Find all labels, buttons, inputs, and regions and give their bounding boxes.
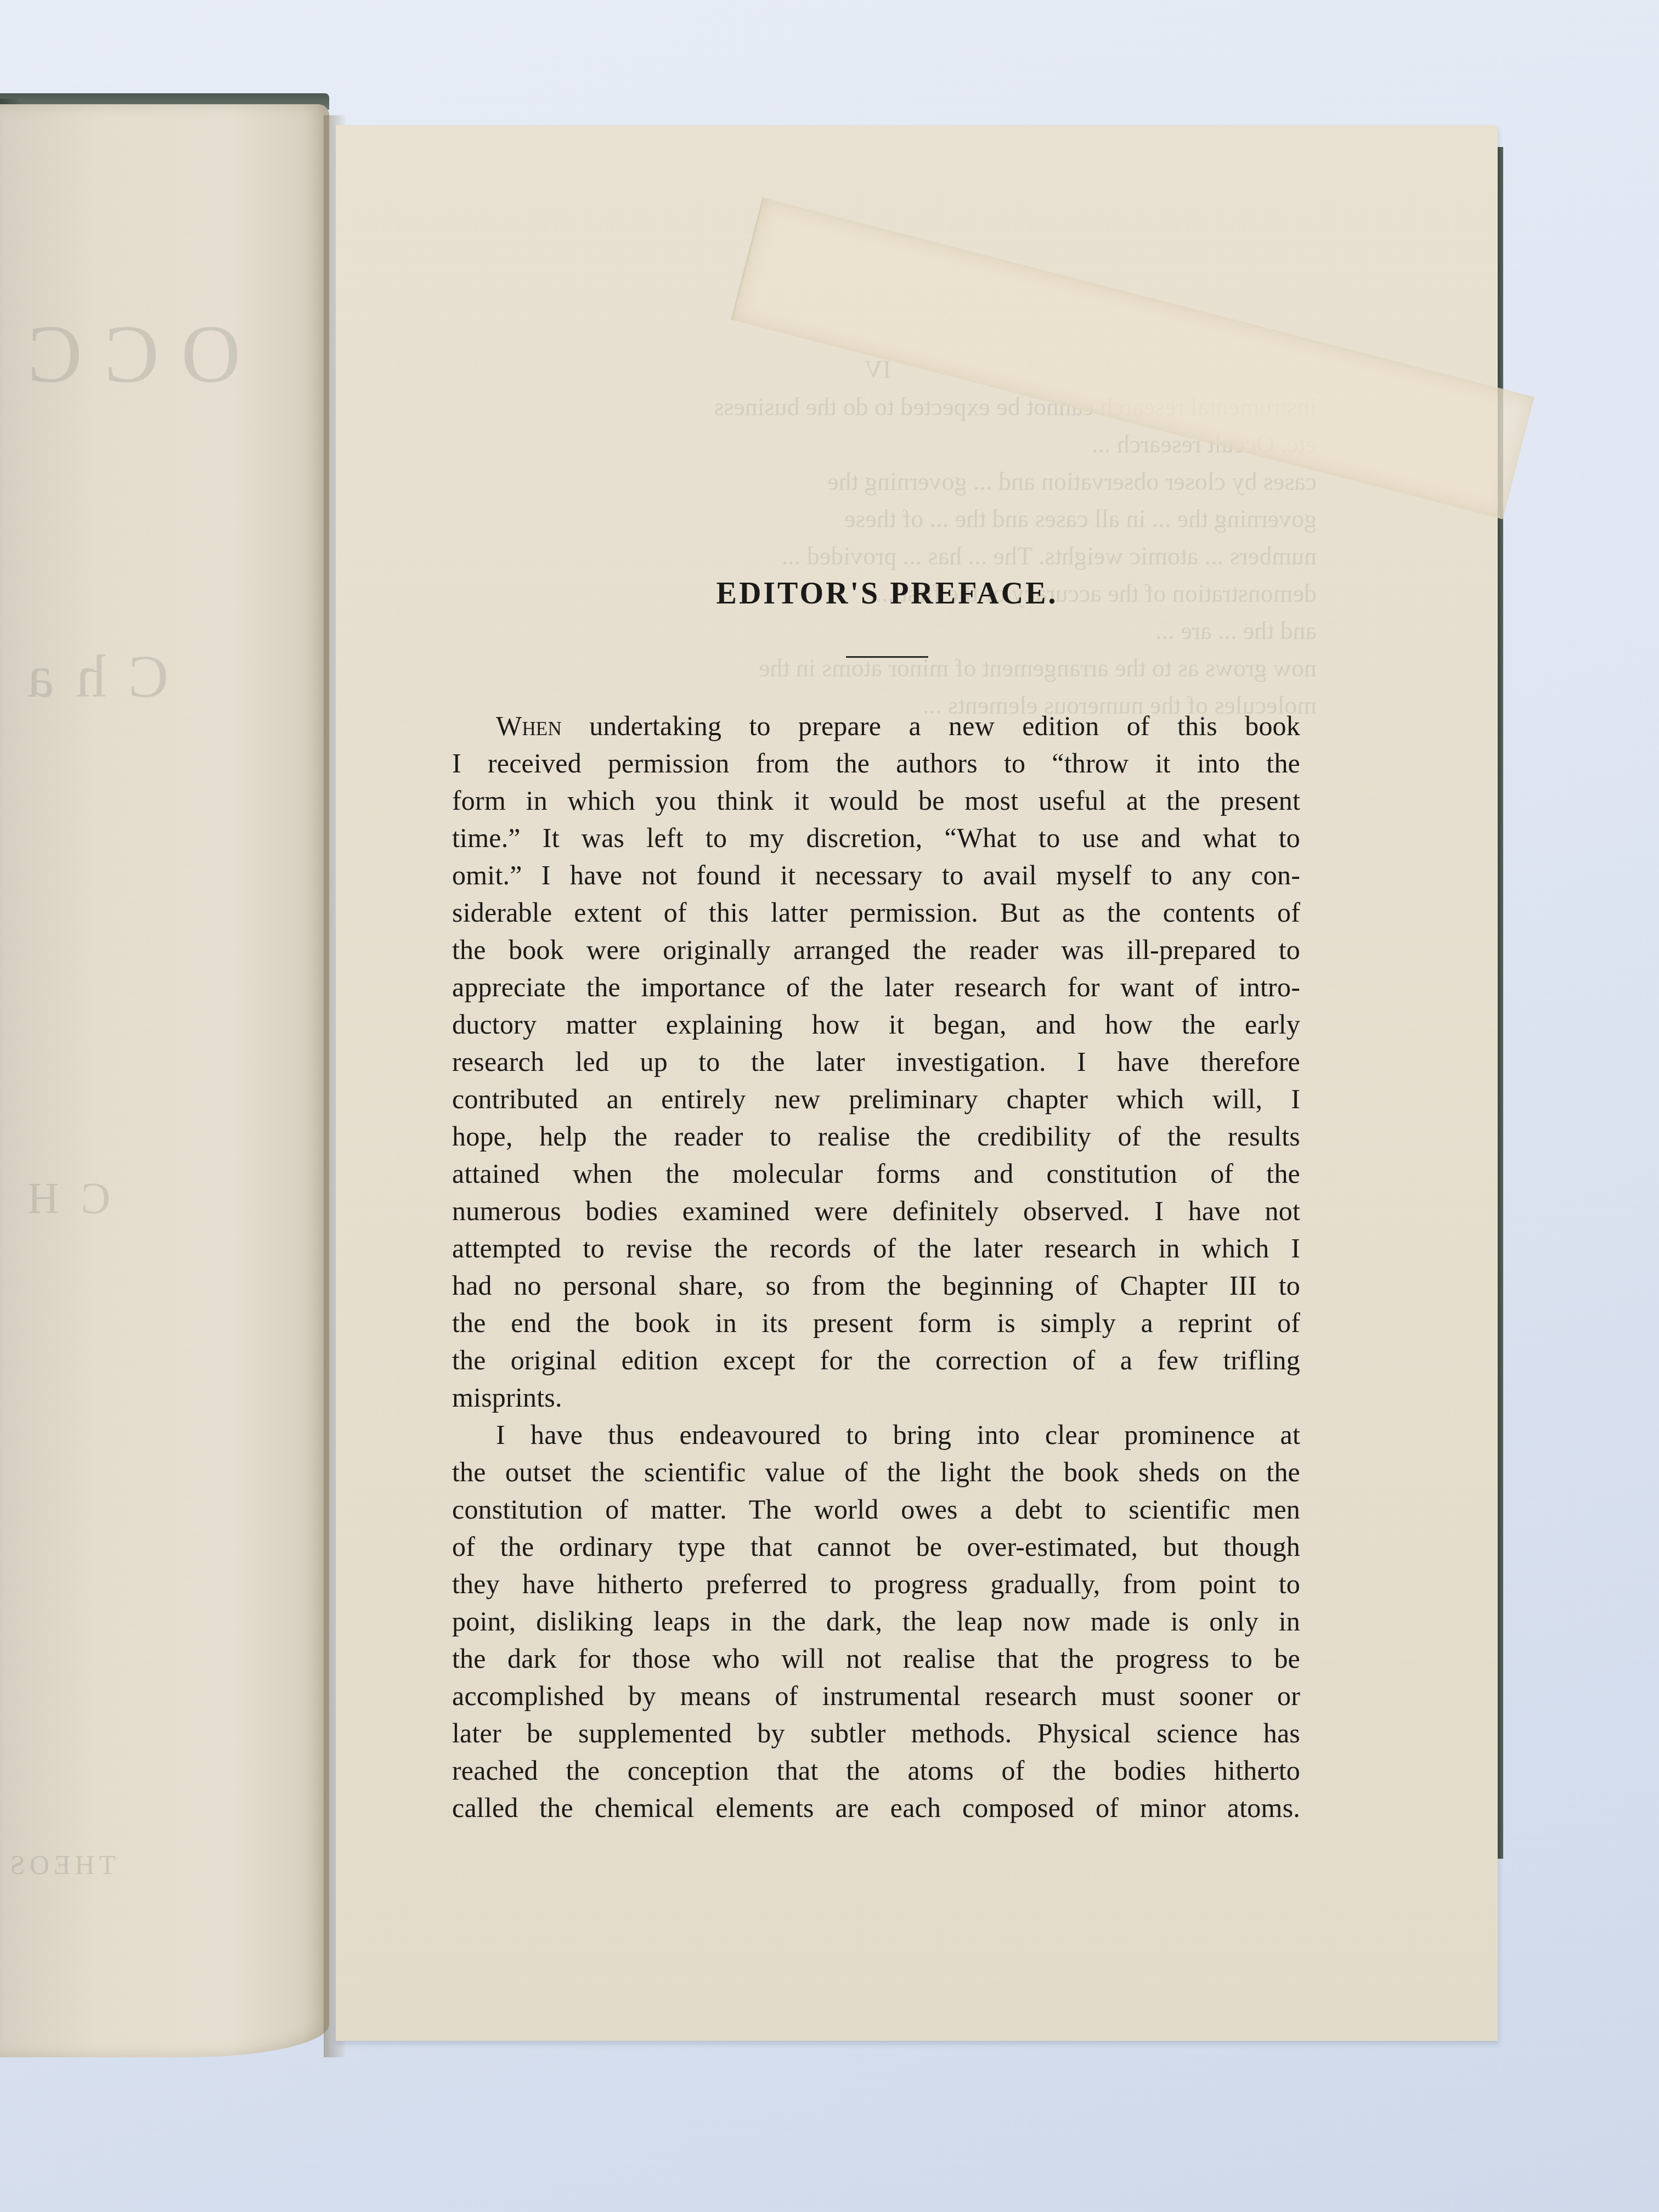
text-line: numerous bodies examined were definitely…: [452, 1192, 1300, 1229]
lead-word: When: [496, 710, 562, 741]
text-line: accomplished by means of instrumental re…: [452, 1677, 1300, 1714]
text-line: I received permission from the authors t…: [452, 744, 1300, 782]
title-divider: [846, 656, 928, 658]
showthrough-line: numbers ... atomic weights. The ... has …: [439, 538, 1317, 575]
left-page-ghost-mark: THEOS: [5, 1849, 116, 1881]
text-line: time.” It was left to my discretion, “Wh…: [452, 819, 1300, 856]
text-line: siderable extent of this latter permissi…: [452, 894, 1300, 931]
text-line: attempted to revise the records of the l…: [452, 1229, 1300, 1267]
text-line: constitution of matter. The world owes a…: [452, 1491, 1300, 1528]
text-line: of the ordinary type that cannot be over…: [452, 1528, 1300, 1565]
text-line: hope, help the reader to realise the cre…: [452, 1118, 1300, 1155]
text-line: point, disliking leaps in the dark, the …: [452, 1602, 1300, 1640]
text-line: I have thus endeavoured to bring into cl…: [452, 1416, 1300, 1453]
text-line: misprints.: [452, 1379, 1300, 1416]
text-line: the book were originally arranged the re…: [452, 931, 1300, 968]
text-line-content: undertaking to prepare a new edition of …: [589, 710, 1300, 741]
left-page: OCC Cha CH THEOS: [0, 104, 329, 2057]
paragraph-2: I have thus endeavoured to bring into cl…: [452, 1416, 1300, 1826]
text-line: form in which you think it would be most…: [452, 782, 1300, 819]
text-line: they have hitherto preferred to progress…: [452, 1565, 1300, 1602]
preface-body: When undertaking to prepare a new editio…: [452, 707, 1300, 1826]
text-line: the outset the scientific value of the l…: [452, 1453, 1300, 1491]
left-page-ghost-mark: OCC: [5, 307, 240, 402]
text-line: the end the book in its present form is …: [452, 1304, 1300, 1341]
left-page-ghost-mark: Cha: [5, 642, 168, 712]
text-line: had no personal share, so from the begin…: [452, 1267, 1300, 1304]
page-content: EDITOR'S PREFACE. When undertaking to pr…: [452, 576, 1300, 1826]
text-line: contributed an entirely new preliminary …: [452, 1080, 1300, 1118]
page-title: EDITOR'S PREFACE.: [452, 576, 1300, 611]
text-line: appreciate the importance of the later r…: [452, 968, 1300, 1006]
text-line: When undertaking to prepare a new editio…: [452, 707, 1300, 744]
showthrough-line: governing the ... in all cases and the .…: [439, 500, 1317, 538]
text-line: attained when the molecular forms and co…: [452, 1155, 1300, 1192]
text-line: called the chemical elements are each co…: [452, 1789, 1300, 1826]
showthrough-line: cases by closer observation and ... gove…: [439, 463, 1317, 500]
text-line: omit.” I have not found it necessary to …: [452, 856, 1300, 894]
text-line: ductory matter explaining how it began, …: [452, 1006, 1300, 1043]
text-line: research led up to the later investigati…: [452, 1043, 1300, 1080]
text-line: the dark for those who will not realise …: [452, 1640, 1300, 1677]
paragraph-1: When undertaking to prepare a new editio…: [452, 707, 1300, 1416]
text-line: reached the conception that the atoms of…: [452, 1752, 1300, 1789]
left-page-ghost-mark: CH: [5, 1174, 110, 1224]
text-line: the original edition except for the corr…: [452, 1341, 1300, 1379]
text-line: later be supplemented by subtler methods…: [452, 1714, 1300, 1752]
